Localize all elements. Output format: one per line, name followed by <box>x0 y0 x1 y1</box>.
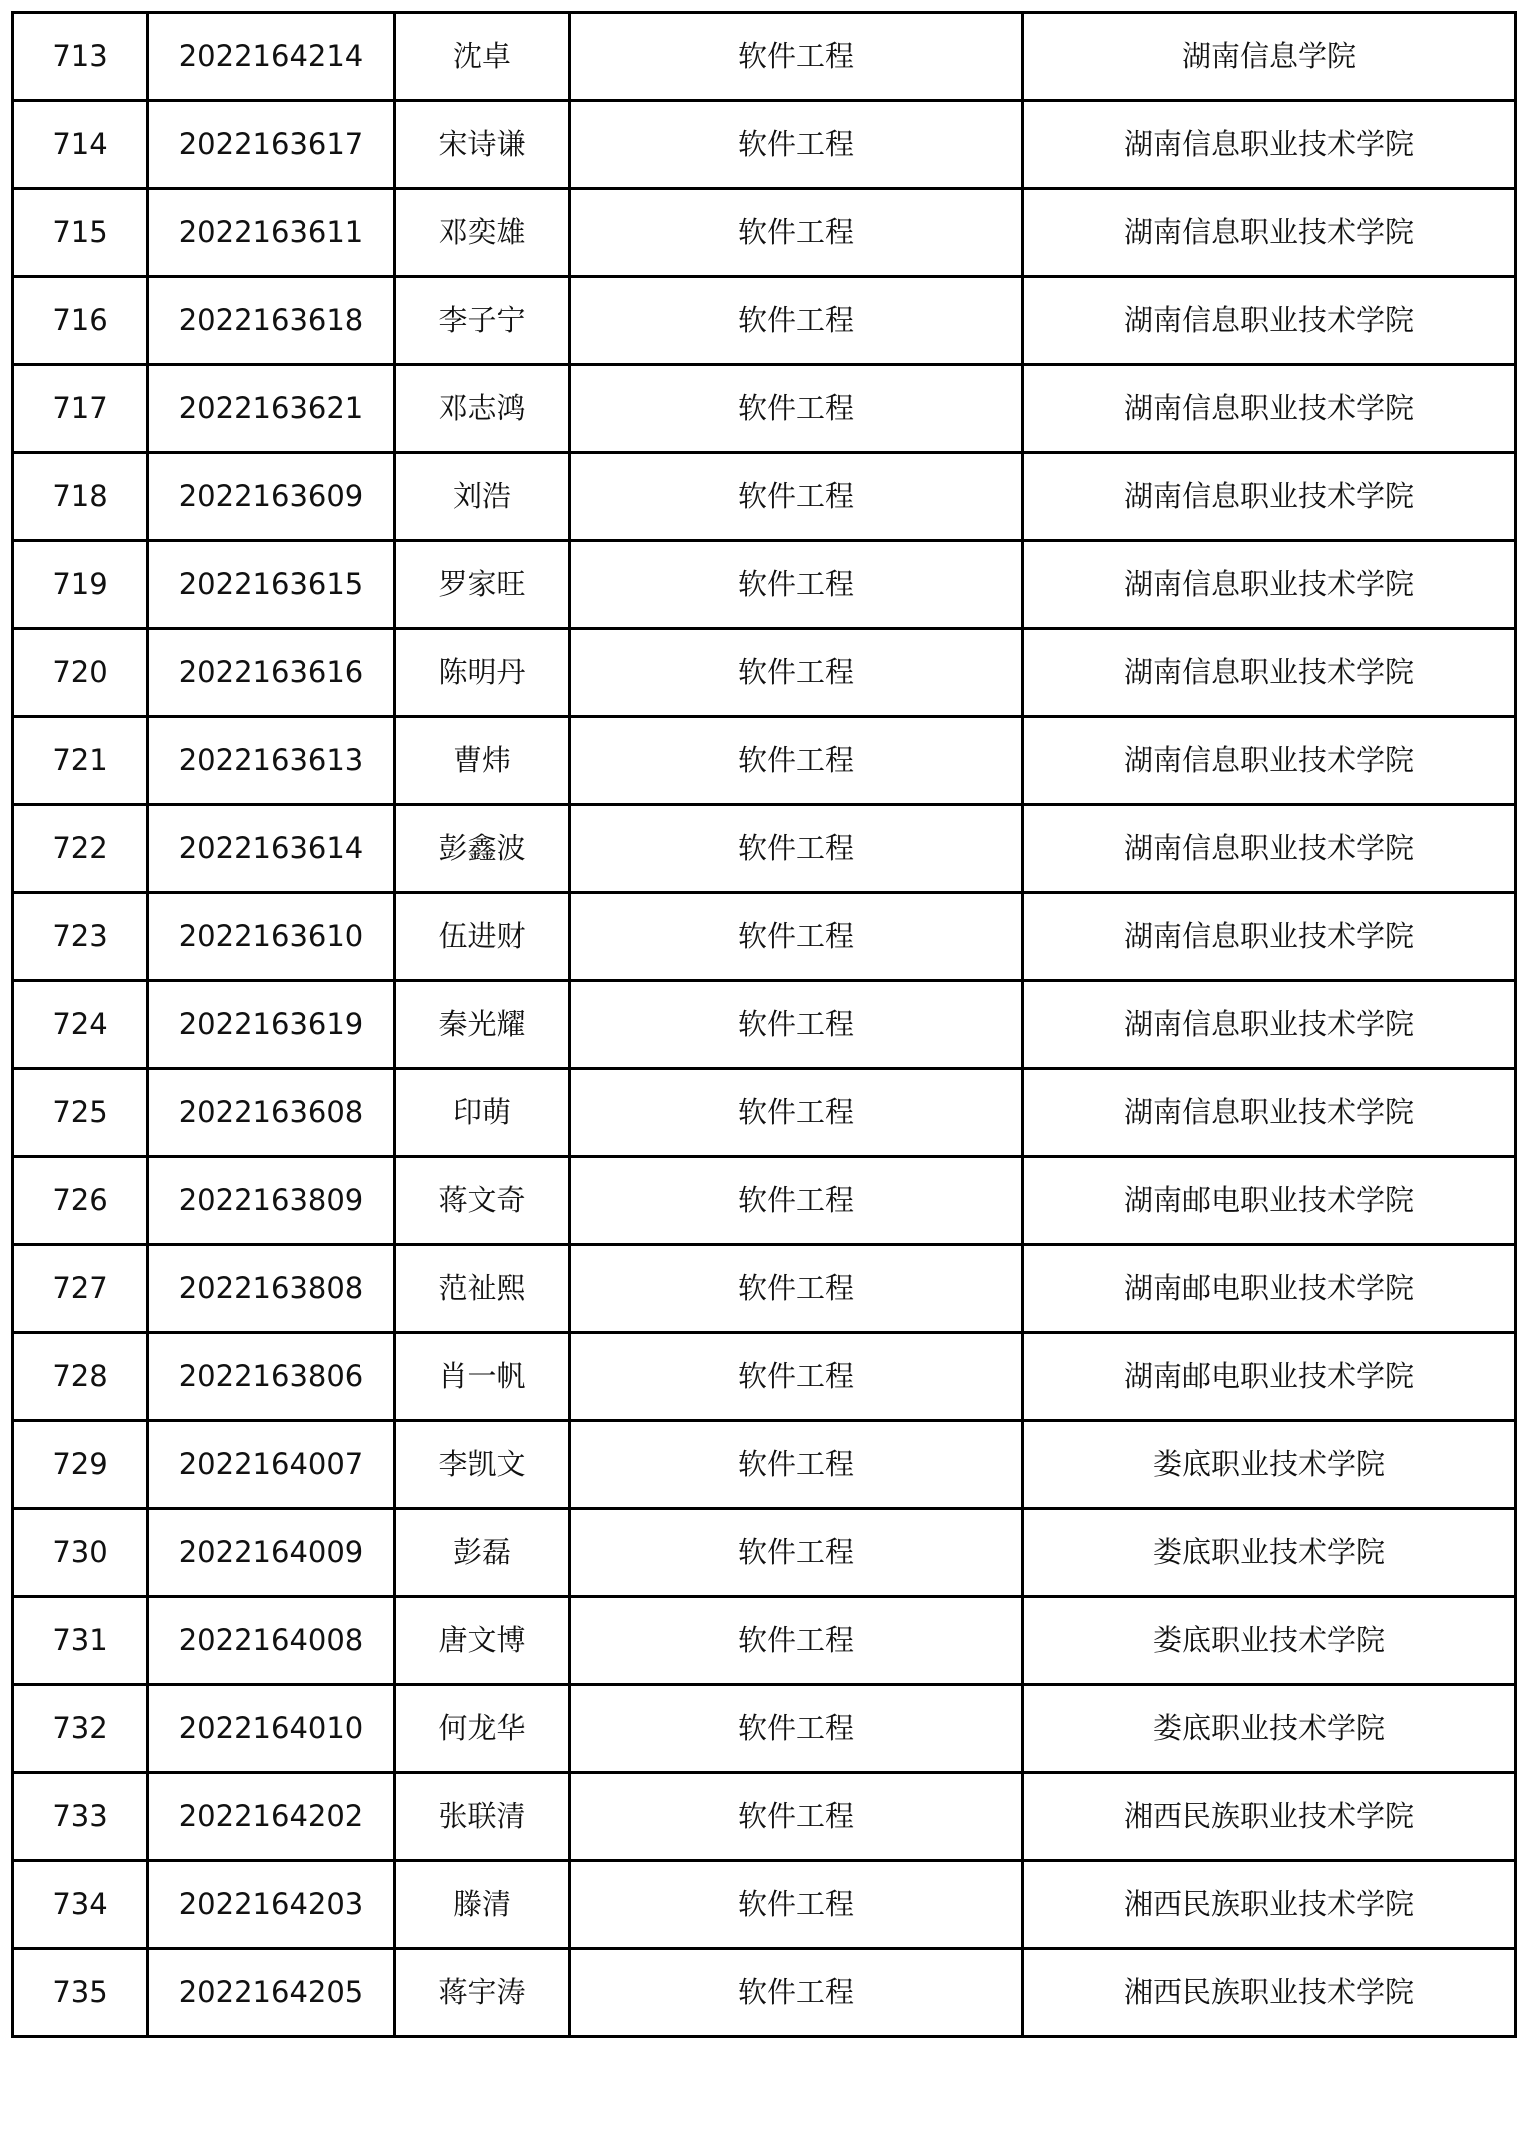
major-cell: 软件工程 <box>570 1773 1023 1861</box>
school-cell: 湖南信息职业技术学院 <box>1023 277 1516 365</box>
major-cell: 软件工程 <box>570 1245 1023 1333</box>
name-cell: 罗家旺 <box>395 541 570 629</box>
table-row: 7282022163806肖一帆软件工程湖南邮电职业技术学院 <box>13 1333 1516 1421</box>
name-cell: 宋诗谦 <box>395 101 570 189</box>
student-id-cell: 2022163615 <box>148 541 395 629</box>
table-row: 7172022163621邓志鸿软件工程湖南信息职业技术学院 <box>13 365 1516 453</box>
seq-cell: 720 <box>13 629 148 717</box>
seq-cell: 727 <box>13 1245 148 1333</box>
table-row: 7232022163610伍进财软件工程湖南信息职业技术学院 <box>13 893 1516 981</box>
table-row: 7322022164010何龙华软件工程娄底职业技术学院 <box>13 1685 1516 1773</box>
school-cell: 娄底职业技术学院 <box>1023 1509 1516 1597</box>
student-id-cell: 2022163610 <box>148 893 395 981</box>
student-id-cell: 2022163608 <box>148 1069 395 1157</box>
student-id-cell: 2022164203 <box>148 1861 395 1949</box>
table-row: 7192022163615罗家旺软件工程湖南信息职业技术学院 <box>13 541 1516 629</box>
school-cell: 湖南邮电职业技术学院 <box>1023 1245 1516 1333</box>
seq-cell: 721 <box>13 717 148 805</box>
seq-cell: 728 <box>13 1333 148 1421</box>
seq-cell: 719 <box>13 541 148 629</box>
name-cell: 彭鑫波 <box>395 805 570 893</box>
school-cell: 娄底职业技术学院 <box>1023 1421 1516 1509</box>
name-cell: 李子宁 <box>395 277 570 365</box>
school-cell: 娄底职业技术学院 <box>1023 1597 1516 1685</box>
seq-cell: 723 <box>13 893 148 981</box>
seq-cell: 716 <box>13 277 148 365</box>
name-cell: 伍进财 <box>395 893 570 981</box>
table-row: 7212022163613曹炜软件工程湖南信息职业技术学院 <box>13 717 1516 805</box>
name-cell: 邓志鸿 <box>395 365 570 453</box>
major-cell: 软件工程 <box>570 1597 1023 1685</box>
name-cell: 沈卓 <box>395 13 570 101</box>
major-cell: 软件工程 <box>570 981 1023 1069</box>
school-cell: 湖南邮电职业技术学院 <box>1023 1157 1516 1245</box>
table-row: 7352022164205蒋宇涛软件工程湘西民族职业技术学院 <box>13 1949 1516 2037</box>
student-id-cell: 2022163611 <box>148 189 395 277</box>
major-cell: 软件工程 <box>570 453 1023 541</box>
student-id-cell: 2022163617 <box>148 101 395 189</box>
seq-cell: 715 <box>13 189 148 277</box>
school-cell: 湖南信息职业技术学院 <box>1023 893 1516 981</box>
seq-cell: 731 <box>13 1597 148 1685</box>
school-cell: 湖南信息职业技术学院 <box>1023 541 1516 629</box>
major-cell: 软件工程 <box>570 629 1023 717</box>
major-cell: 软件工程 <box>570 717 1023 805</box>
table-row: 7182022163609刘浩软件工程湖南信息职业技术学院 <box>13 453 1516 541</box>
student-id-cell: 2022164214 <box>148 13 395 101</box>
name-cell: 何龙华 <box>395 1685 570 1773</box>
major-cell: 软件工程 <box>570 1157 1023 1245</box>
school-cell: 湖南邮电职业技术学院 <box>1023 1333 1516 1421</box>
major-cell: 软件工程 <box>570 893 1023 981</box>
school-cell: 湖南信息职业技术学院 <box>1023 453 1516 541</box>
major-cell: 软件工程 <box>570 1333 1023 1421</box>
seq-cell: 729 <box>13 1421 148 1509</box>
seq-cell: 732 <box>13 1685 148 1773</box>
name-cell: 曹炜 <box>395 717 570 805</box>
student-id-cell: 2022163809 <box>148 1157 395 1245</box>
seq-cell: 714 <box>13 101 148 189</box>
seq-cell: 725 <box>13 1069 148 1157</box>
school-cell: 湖南信息学院 <box>1023 13 1516 101</box>
student-id-cell: 2022163613 <box>148 717 395 805</box>
name-cell: 刘浩 <box>395 453 570 541</box>
major-cell: 软件工程 <box>570 1685 1023 1773</box>
seq-cell: 718 <box>13 453 148 541</box>
name-cell: 肖一帆 <box>395 1333 570 1421</box>
name-cell: 邓奕雄 <box>395 189 570 277</box>
school-cell: 湖南信息职业技术学院 <box>1023 629 1516 717</box>
table-row: 7262022163809蒋文奇软件工程湖南邮电职业技术学院 <box>13 1157 1516 1245</box>
school-cell: 湘西民族职业技术学院 <box>1023 1949 1516 2037</box>
student-id-cell: 2022164009 <box>148 1509 395 1597</box>
seq-cell: 730 <box>13 1509 148 1597</box>
student-id-cell: 2022164205 <box>148 1949 395 2037</box>
student-id-cell: 2022163621 <box>148 365 395 453</box>
name-cell: 唐文博 <box>395 1597 570 1685</box>
table-row: 7152022163611邓奕雄软件工程湖南信息职业技术学院 <box>13 189 1516 277</box>
student-id-cell: 2022163808 <box>148 1245 395 1333</box>
major-cell: 软件工程 <box>570 365 1023 453</box>
table-row: 7272022163808范祉熙软件工程湖南邮电职业技术学院 <box>13 1245 1516 1333</box>
table-row: 7222022163614彭鑫波软件工程湖南信息职业技术学院 <box>13 805 1516 893</box>
name-cell: 蒋文奇 <box>395 1157 570 1245</box>
table-row: 7252022163608印萌软件工程湖南信息职业技术学院 <box>13 1069 1516 1157</box>
major-cell: 软件工程 <box>570 1949 1023 2037</box>
name-cell: 陈明丹 <box>395 629 570 717</box>
student-id-cell: 2022163806 <box>148 1333 395 1421</box>
table-row: 7292022164007李凯文软件工程娄底职业技术学院 <box>13 1421 1516 1509</box>
major-cell: 软件工程 <box>570 189 1023 277</box>
school-cell: 湖南信息职业技术学院 <box>1023 101 1516 189</box>
major-cell: 软件工程 <box>570 13 1023 101</box>
student-id-cell: 2022164007 <box>148 1421 395 1509</box>
major-cell: 软件工程 <box>570 1069 1023 1157</box>
table-row: 7332022164202张联清软件工程湘西民族职业技术学院 <box>13 1773 1516 1861</box>
table-row: 7312022164008唐文博软件工程娄底职业技术学院 <box>13 1597 1516 1685</box>
roster-body: 7132022164214沈卓软件工程湖南信息学院 7142022163617宋… <box>13 13 1516 2037</box>
student-id-cell: 2022164010 <box>148 1685 395 1773</box>
name-cell: 张联清 <box>395 1773 570 1861</box>
table-row: 7242022163619秦光耀软件工程湖南信息职业技术学院 <box>13 981 1516 1069</box>
name-cell: 范祉熙 <box>395 1245 570 1333</box>
student-roster-table: 7132022164214沈卓软件工程湖南信息学院 7142022163617宋… <box>11 11 1517 2038</box>
name-cell: 秦光耀 <box>395 981 570 1069</box>
seq-cell: 722 <box>13 805 148 893</box>
name-cell: 蒋宇涛 <box>395 1949 570 2037</box>
major-cell: 软件工程 <box>570 1421 1023 1509</box>
seq-cell: 717 <box>13 365 148 453</box>
school-cell: 湖南信息职业技术学院 <box>1023 365 1516 453</box>
major-cell: 软件工程 <box>570 805 1023 893</box>
school-cell: 湖南信息职业技术学院 <box>1023 1069 1516 1157</box>
school-cell: 娄底职业技术学院 <box>1023 1685 1516 1773</box>
seq-cell: 724 <box>13 981 148 1069</box>
seq-cell: 734 <box>13 1861 148 1949</box>
major-cell: 软件工程 <box>570 1861 1023 1949</box>
student-id-cell: 2022163618 <box>148 277 395 365</box>
student-id-cell: 2022164008 <box>148 1597 395 1685</box>
major-cell: 软件工程 <box>570 1509 1023 1597</box>
table-row: 7162022163618李子宁软件工程湖南信息职业技术学院 <box>13 277 1516 365</box>
table-row: 7202022163616陈明丹软件工程湖南信息职业技术学院 <box>13 629 1516 717</box>
seq-cell: 713 <box>13 13 148 101</box>
table-row: 7142022163617宋诗谦软件工程湖南信息职业技术学院 <box>13 101 1516 189</box>
student-id-cell: 2022164202 <box>148 1773 395 1861</box>
seq-cell: 735 <box>13 1949 148 2037</box>
table-row: 7342022164203滕清软件工程湘西民族职业技术学院 <box>13 1861 1516 1949</box>
school-cell: 湖南信息职业技术学院 <box>1023 805 1516 893</box>
name-cell: 李凯文 <box>395 1421 570 1509</box>
school-cell: 湖南信息职业技术学院 <box>1023 189 1516 277</box>
seq-cell: 726 <box>13 1157 148 1245</box>
name-cell: 彭磊 <box>395 1509 570 1597</box>
student-id-cell: 2022163609 <box>148 453 395 541</box>
school-cell: 湖南信息职业技术学院 <box>1023 981 1516 1069</box>
major-cell: 软件工程 <box>570 101 1023 189</box>
student-id-cell: 2022163619 <box>148 981 395 1069</box>
student-id-cell: 2022163614 <box>148 805 395 893</box>
school-cell: 湖南信息职业技术学院 <box>1023 717 1516 805</box>
name-cell: 印萌 <box>395 1069 570 1157</box>
school-cell: 湘西民族职业技术学院 <box>1023 1861 1516 1949</box>
seq-cell: 733 <box>13 1773 148 1861</box>
major-cell: 软件工程 <box>570 541 1023 629</box>
major-cell: 软件工程 <box>570 277 1023 365</box>
name-cell: 滕清 <box>395 1861 570 1949</box>
table-row: 7302022164009彭磊软件工程娄底职业技术学院 <box>13 1509 1516 1597</box>
student-id-cell: 2022163616 <box>148 629 395 717</box>
table-row: 7132022164214沈卓软件工程湖南信息学院 <box>13 13 1516 101</box>
school-cell: 湘西民族职业技术学院 <box>1023 1773 1516 1861</box>
